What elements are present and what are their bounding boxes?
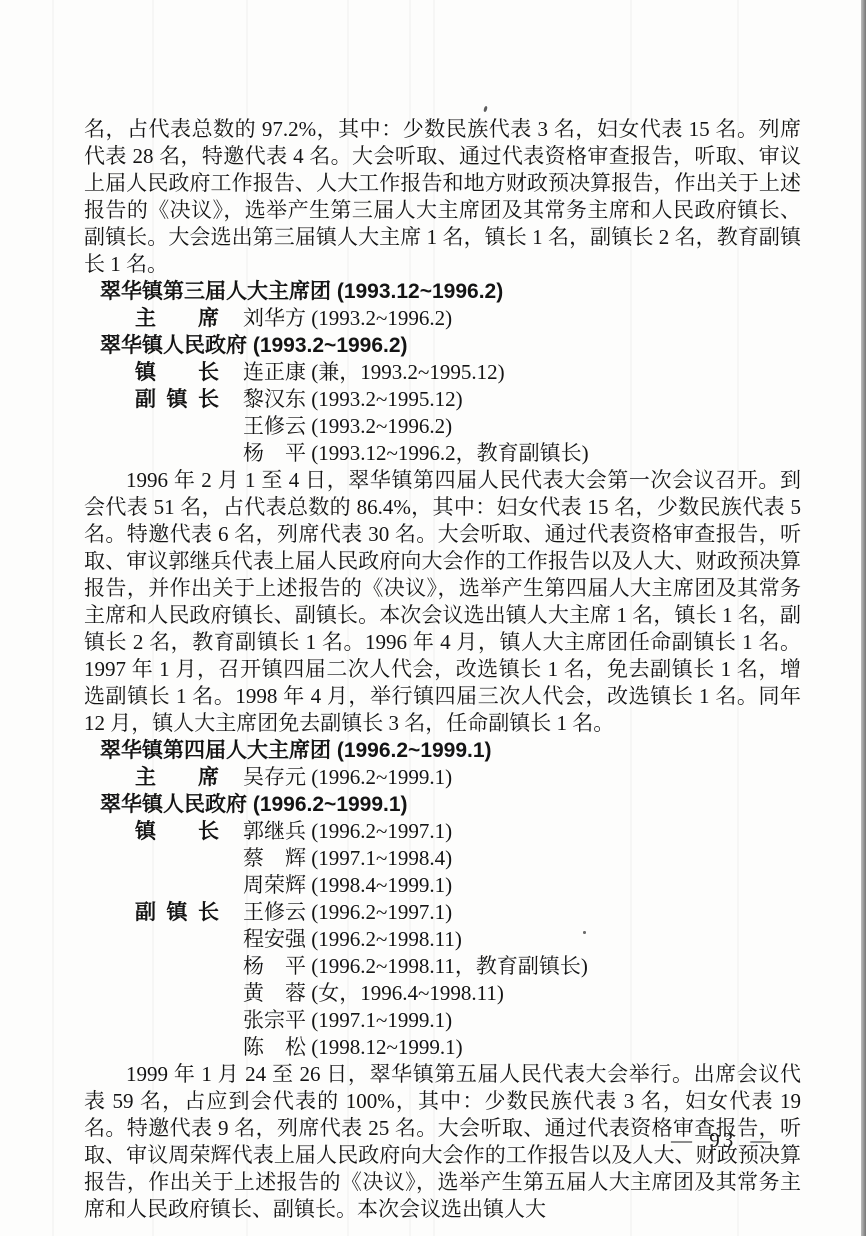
role-label: 镇长 (135, 359, 219, 386)
official-entry: 蔡 辉 (1997.1~1998.4) (243, 845, 452, 872)
role-entries: 吴存元 (1996.2~1999.1) (243, 764, 452, 791)
official-entry: 连正康 (兼，1993.2~1995.12) (243, 359, 505, 386)
section-heading: 翠华镇第四届人大主席团 (1996.2~1999.1) (100, 737, 801, 764)
scan-speck (246, 1154, 248, 1157)
official-entry: 陈 松 (1998.12~1999.1) (243, 1034, 588, 1061)
official-entry: 黄 蓉 (女，1996.4~1998.11) (243, 980, 588, 1007)
official-role-row: 镇长 连正康 (兼，1993.2~1995.12) (135, 359, 801, 386)
scan-speck (483, 106, 488, 113)
official-entry: 吴存元 (1996.2~1999.1) (243, 764, 452, 791)
official-role-row: 镇长 郭继兵 (1996.2~1997.1)蔡 辉 (1997.1~1998.4… (135, 818, 801, 899)
role-entries: 刘华方 (1993.2~1996.2) (243, 305, 452, 332)
book-page: 名，占代表总数的 97.2%，其中：少数民族代表 3 名，妇女代表 15 名。列… (0, 0, 866, 1236)
role-label: 主席 (135, 764, 219, 791)
official-role-row: 主席 吴存元 (1996.2~1999.1) (135, 764, 801, 791)
official-entry: 杨 平 (1996.2~1998.11，教育副镇长) (243, 953, 588, 980)
role-entries: 黎汉东 (1993.2~1995.12)王修云 (1993.2~1996.2)杨… (243, 386, 589, 467)
section-heading: 翠华镇人民政府 (1993.2~1996.2) (100, 332, 801, 359)
role-label: 主席 (135, 305, 219, 332)
official-entry: 黎汉东 (1993.2~1995.12) (243, 386, 589, 413)
scan-streak (52, 0, 54, 1236)
role-label: 副镇长 (135, 386, 219, 413)
scanned-edge-bar (861, 0, 866, 1236)
official-entry: 王修云 (1996.2~1997.1) (243, 899, 588, 926)
official-entry: 郭继兵 (1996.2~1997.1) (243, 818, 452, 845)
paragraph: 1996 年 2 月 1 至 4 日，翠华镇第四届人民代表大会第一次会议召开。到… (84, 467, 801, 737)
document-body: 名，占代表总数的 97.2%，其中：少数民族代表 3 名，妇女代表 15 名。列… (84, 116, 801, 1223)
official-entry: 王修云 (1993.2~1996.2) (243, 413, 589, 440)
page-number: — 93 — (671, 1128, 775, 1153)
paragraph: 名，占代表总数的 97.2%，其中：少数民族代表 3 名，妇女代表 15 名。列… (84, 116, 801, 278)
official-entry: 周荣辉 (1998.4~1999.1) (243, 872, 452, 899)
role-label: 镇长 (135, 818, 219, 845)
official-role-row: 副镇长 王修云 (1996.2~1997.1)程安强 (1996.2~1998.… (135, 899, 801, 1061)
official-entry: 程安强 (1996.2~1998.11) (243, 926, 588, 953)
role-entries: 连正康 (兼，1993.2~1995.12) (243, 359, 505, 386)
official-entry: 杨 平 (1993.12~1996.2，教育副镇长) (243, 440, 589, 467)
scan-speck (583, 931, 586, 934)
role-entries: 王修云 (1996.2~1997.1)程安强 (1996.2~1998.11)杨… (243, 899, 588, 1061)
section-heading: 翠华镇第三届人大主席团 (1993.12~1996.2) (100, 278, 801, 305)
section-heading: 翠华镇人民政府 (1996.2~1999.1) (100, 791, 801, 818)
official-role-row: 主席 刘华方 (1993.2~1996.2) (135, 305, 801, 332)
role-entries: 郭继兵 (1996.2~1997.1)蔡 辉 (1997.1~1998.4)周荣… (243, 818, 452, 899)
role-label: 副镇长 (135, 899, 219, 926)
official-entry: 刘华方 (1993.2~1996.2) (243, 305, 452, 332)
official-role-row: 副镇长 黎汉东 (1993.2~1995.12)王修云 (1993.2~1996… (135, 386, 801, 467)
official-entry: 张宗平 (1997.1~1999.1) (243, 1007, 588, 1034)
